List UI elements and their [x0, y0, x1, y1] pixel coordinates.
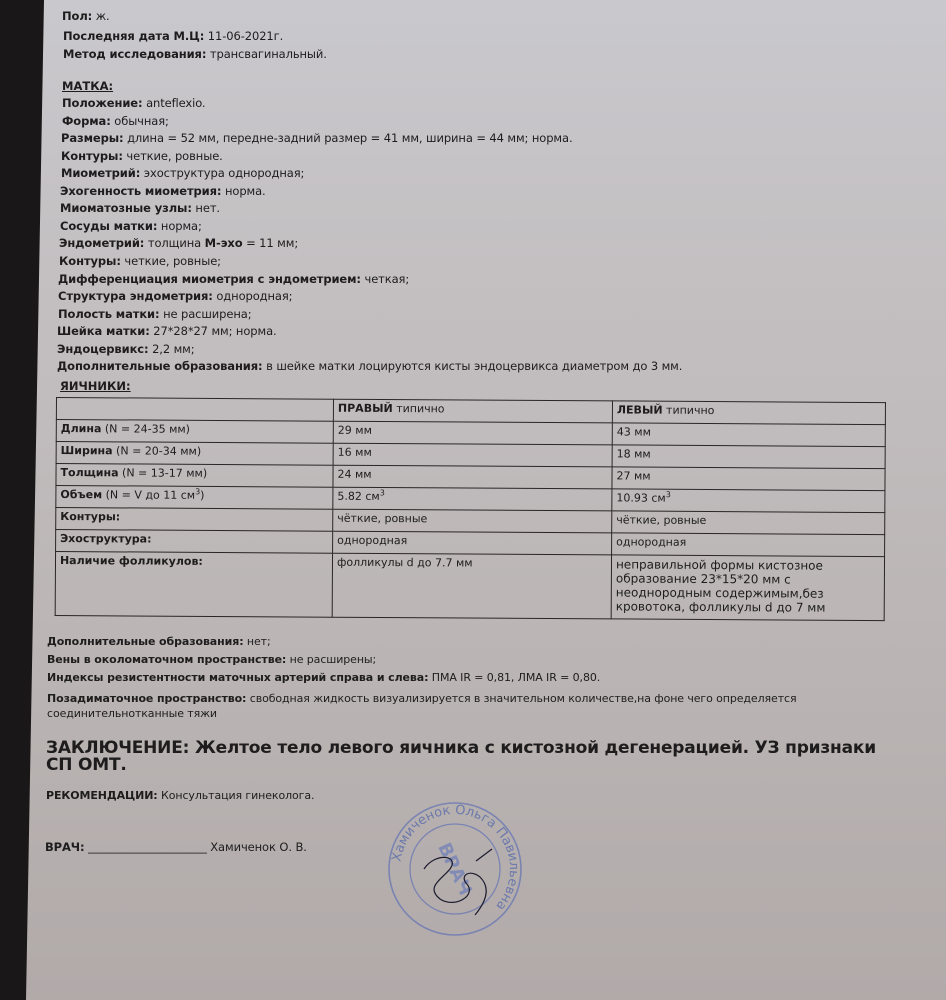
row-label: Контуры:	[56, 508, 333, 532]
item-label: Эхогенность миометрия:	[60, 184, 221, 198]
left-ovary-value: неправильной формы кистозное образование…	[611, 555, 884, 621]
signature-blank: _____________________	[88, 840, 207, 854]
item-label: Эндоцервикс:	[57, 342, 149, 356]
item-value: четкие, ровные;	[124, 254, 221, 268]
method-line: Метод исследования: трансвагинальный.	[63, 47, 327, 61]
right-ovary-value: чёткие, ровные	[333, 509, 612, 533]
item-label: Форма:	[62, 114, 111, 128]
right-ovary-value: фолликулы d до 7.7 мм	[332, 553, 611, 619]
item-value: четкие, ровные.	[126, 149, 222, 163]
left-ovary-value: 27 мм	[612, 467, 885, 491]
uterus-item: Структура эндометрия: однородная;	[58, 289, 292, 303]
item-label: Контуры:	[61, 149, 123, 163]
item-value: ПМА IR = 0,81, ЛМА IR = 0,80.	[432, 671, 600, 684]
item-label: Миоматозные узлы:	[60, 201, 192, 215]
item-label: Шейка матки:	[57, 324, 150, 338]
uterus-item: Положение: anteflexio.	[62, 96, 206, 110]
last-period-label: Последняя дата М.Ц:	[63, 29, 204, 43]
ovaries-heading: ЯИЧНИКИ:	[60, 379, 131, 393]
uterus-item: Сосуды матки: норма;	[60, 219, 202, 233]
right-ovary-value: 16 мм	[333, 443, 612, 467]
uterus-item: Эндоцервикс: 2,2 мм;	[57, 342, 195, 356]
left-ovary-value: однородная	[612, 533, 885, 557]
right-ovary-value: 24 мм	[333, 465, 612, 489]
row-label: Длина (N = 24-35 мм)	[56, 420, 333, 444]
right-ovary-value: 29 мм	[333, 421, 612, 445]
item-value: длина = 52 мм, передне-задний размер = 4…	[127, 131, 572, 145]
gender-value: ж.	[96, 9, 110, 23]
finding-item: Дополнительные образования: нет;	[47, 634, 271, 649]
left-ovary-value: чёткие, ровные	[612, 511, 885, 535]
item-value: anteflexio.	[146, 96, 205, 110]
column-header	[56, 398, 333, 422]
uterus-item: Миоматозные узлы: нет.	[60, 201, 220, 215]
row-label: Объем (N = V до 11 см3)	[56, 486, 333, 510]
left-ovary-value: 18 мм	[612, 445, 885, 469]
item-value-continued: соединительнотканные тяжи	[47, 707, 217, 720]
item-value: эхоструктура однородная;	[144, 166, 305, 180]
recommendations-line: РЕКОМЕНДАЦИИ: Консультация гинеколога.	[46, 789, 314, 802]
item-label: Структура эндометрия:	[58, 289, 213, 303]
item-value: норма.	[225, 184, 266, 198]
uterus-item: Эндометрий: толщина М-эхо = 11 мм;	[59, 236, 298, 250]
item-label: Сосуды матки:	[60, 219, 157, 233]
finding-item: Позадиматочное пространство: свободная ж…	[47, 691, 796, 721]
item-label: Вены в околоматочном пространстве:	[47, 653, 286, 666]
row-label: Толщина (N = 13-17 мм)	[56, 464, 333, 488]
item-label: Миометрий:	[61, 166, 140, 180]
doctor-stamp: Хамиченок Ольга Павильевна ВРАЧ	[380, 797, 530, 942]
uterus-item: Дифференциация миометрия с эндометрием: …	[58, 272, 409, 286]
item-label: Позадиматочное пространство:	[47, 692, 246, 705]
item-label: Эндометрий:	[59, 236, 144, 250]
item-value: обычная;	[114, 114, 169, 128]
table-row: Наличие фолликулов:фолликулы d до 7.7 мм…	[55, 552, 884, 621]
uterus-item: Размеры: длина = 52 мм, передне-задний р…	[61, 131, 573, 145]
uterus-item: Шейка матки: 27*28*27 мм; норма.	[57, 324, 277, 338]
uterus-item: Полость матки: не расширена;	[58, 307, 252, 321]
gender-label: Пол:	[62, 9, 92, 23]
right-ovary-value: 5.82 см3	[333, 487, 612, 511]
conclusion: ЗАКЛЮЧЕНИЕ: Желтое тело левого яичника с…	[46, 740, 896, 774]
item-value: толщина М-эхо = 11 мм;	[148, 236, 298, 250]
item-value: не расширены;	[290, 653, 376, 666]
item-label: Контуры:	[59, 254, 121, 268]
uterus-item: Дополнительные образования: в шейке матк…	[57, 359, 682, 373]
item-value: однородная;	[216, 289, 292, 303]
left-ovary-value: 43 мм	[612, 423, 885, 447]
item-value: четкая;	[365, 272, 410, 286]
gender-line: Пол: ж.	[62, 9, 110, 23]
row-label: Ширина (N = 20-34 мм)	[56, 442, 333, 466]
doctor-name: Хамиченок О. В.	[210, 840, 307, 854]
uterus-item: Эхогенность миометрия: норма.	[60, 184, 266, 198]
right-ovary-value: однородная	[333, 531, 612, 555]
item-label: Размеры:	[61, 131, 124, 145]
item-label: Дополнительные образования:	[57, 359, 263, 373]
last-period-value: 11-06-2021г.	[208, 29, 283, 43]
item-value: 2,2 мм;	[152, 342, 194, 356]
row-label: Эхоструктура:	[56, 530, 333, 554]
finding-item: Индексы резистентности маточных артерий …	[47, 670, 600, 685]
column-header: ЛЕВЫЙ типично	[612, 401, 885, 425]
recommendations-label: РЕКОМЕНДАЦИИ:	[46, 789, 158, 802]
item-value: нет.	[195, 201, 220, 215]
method-value: трансвагинальный.	[210, 47, 327, 61]
item-value: свободная жидкость визуализируется в зна…	[250, 692, 797, 705]
item-label: Дифференциация миометрия с эндометрием:	[58, 272, 361, 286]
recommendations-value: Консультация гинеколога.	[161, 789, 314, 802]
item-value: 27*28*27 мм; норма.	[153, 324, 276, 338]
ovaries-table: ПРАВЫЙ типичноЛЕВЫЙ типичноДлина (N = 24…	[55, 397, 886, 621]
uterus-item: Миометрий: эхоструктура однородная;	[61, 166, 304, 180]
uterus-item: Форма: обычная;	[62, 114, 169, 128]
item-value: норма;	[161, 219, 202, 233]
doctor-line: ВРАЧ: _____________________ Хамиченок О.…	[45, 840, 307, 854]
left-ovary-value: 10.93 см3	[612, 489, 885, 513]
column-header: ПРАВЫЙ типично	[333, 399, 612, 423]
uterus-item: Контуры: четкие, ровные;	[59, 254, 221, 268]
doctor-label: ВРАЧ:	[45, 840, 85, 854]
uterus-item: Контуры: четкие, ровные.	[61, 149, 223, 163]
finding-item: Вены в околоматочном пространстве: не ра…	[47, 652, 376, 667]
last-period-line: Последняя дата М.Ц: 11-06-2021г.	[63, 29, 283, 43]
item-label: Положение:	[62, 96, 143, 110]
method-label: Метод исследования:	[63, 47, 206, 61]
item-value: не расширена;	[163, 307, 251, 321]
item-label: Полость матки:	[58, 307, 160, 321]
item-label: Дополнительные образования:	[47, 635, 244, 648]
row-label: Наличие фолликулов:	[55, 552, 332, 618]
item-label: Индексы резистентности маточных артерий …	[47, 671, 428, 684]
uterus-heading: МАТКА:	[62, 79, 113, 93]
item-value: нет;	[247, 635, 271, 648]
item-value: в шейке матки лоцируются кисты эндоцерви…	[266, 359, 682, 373]
